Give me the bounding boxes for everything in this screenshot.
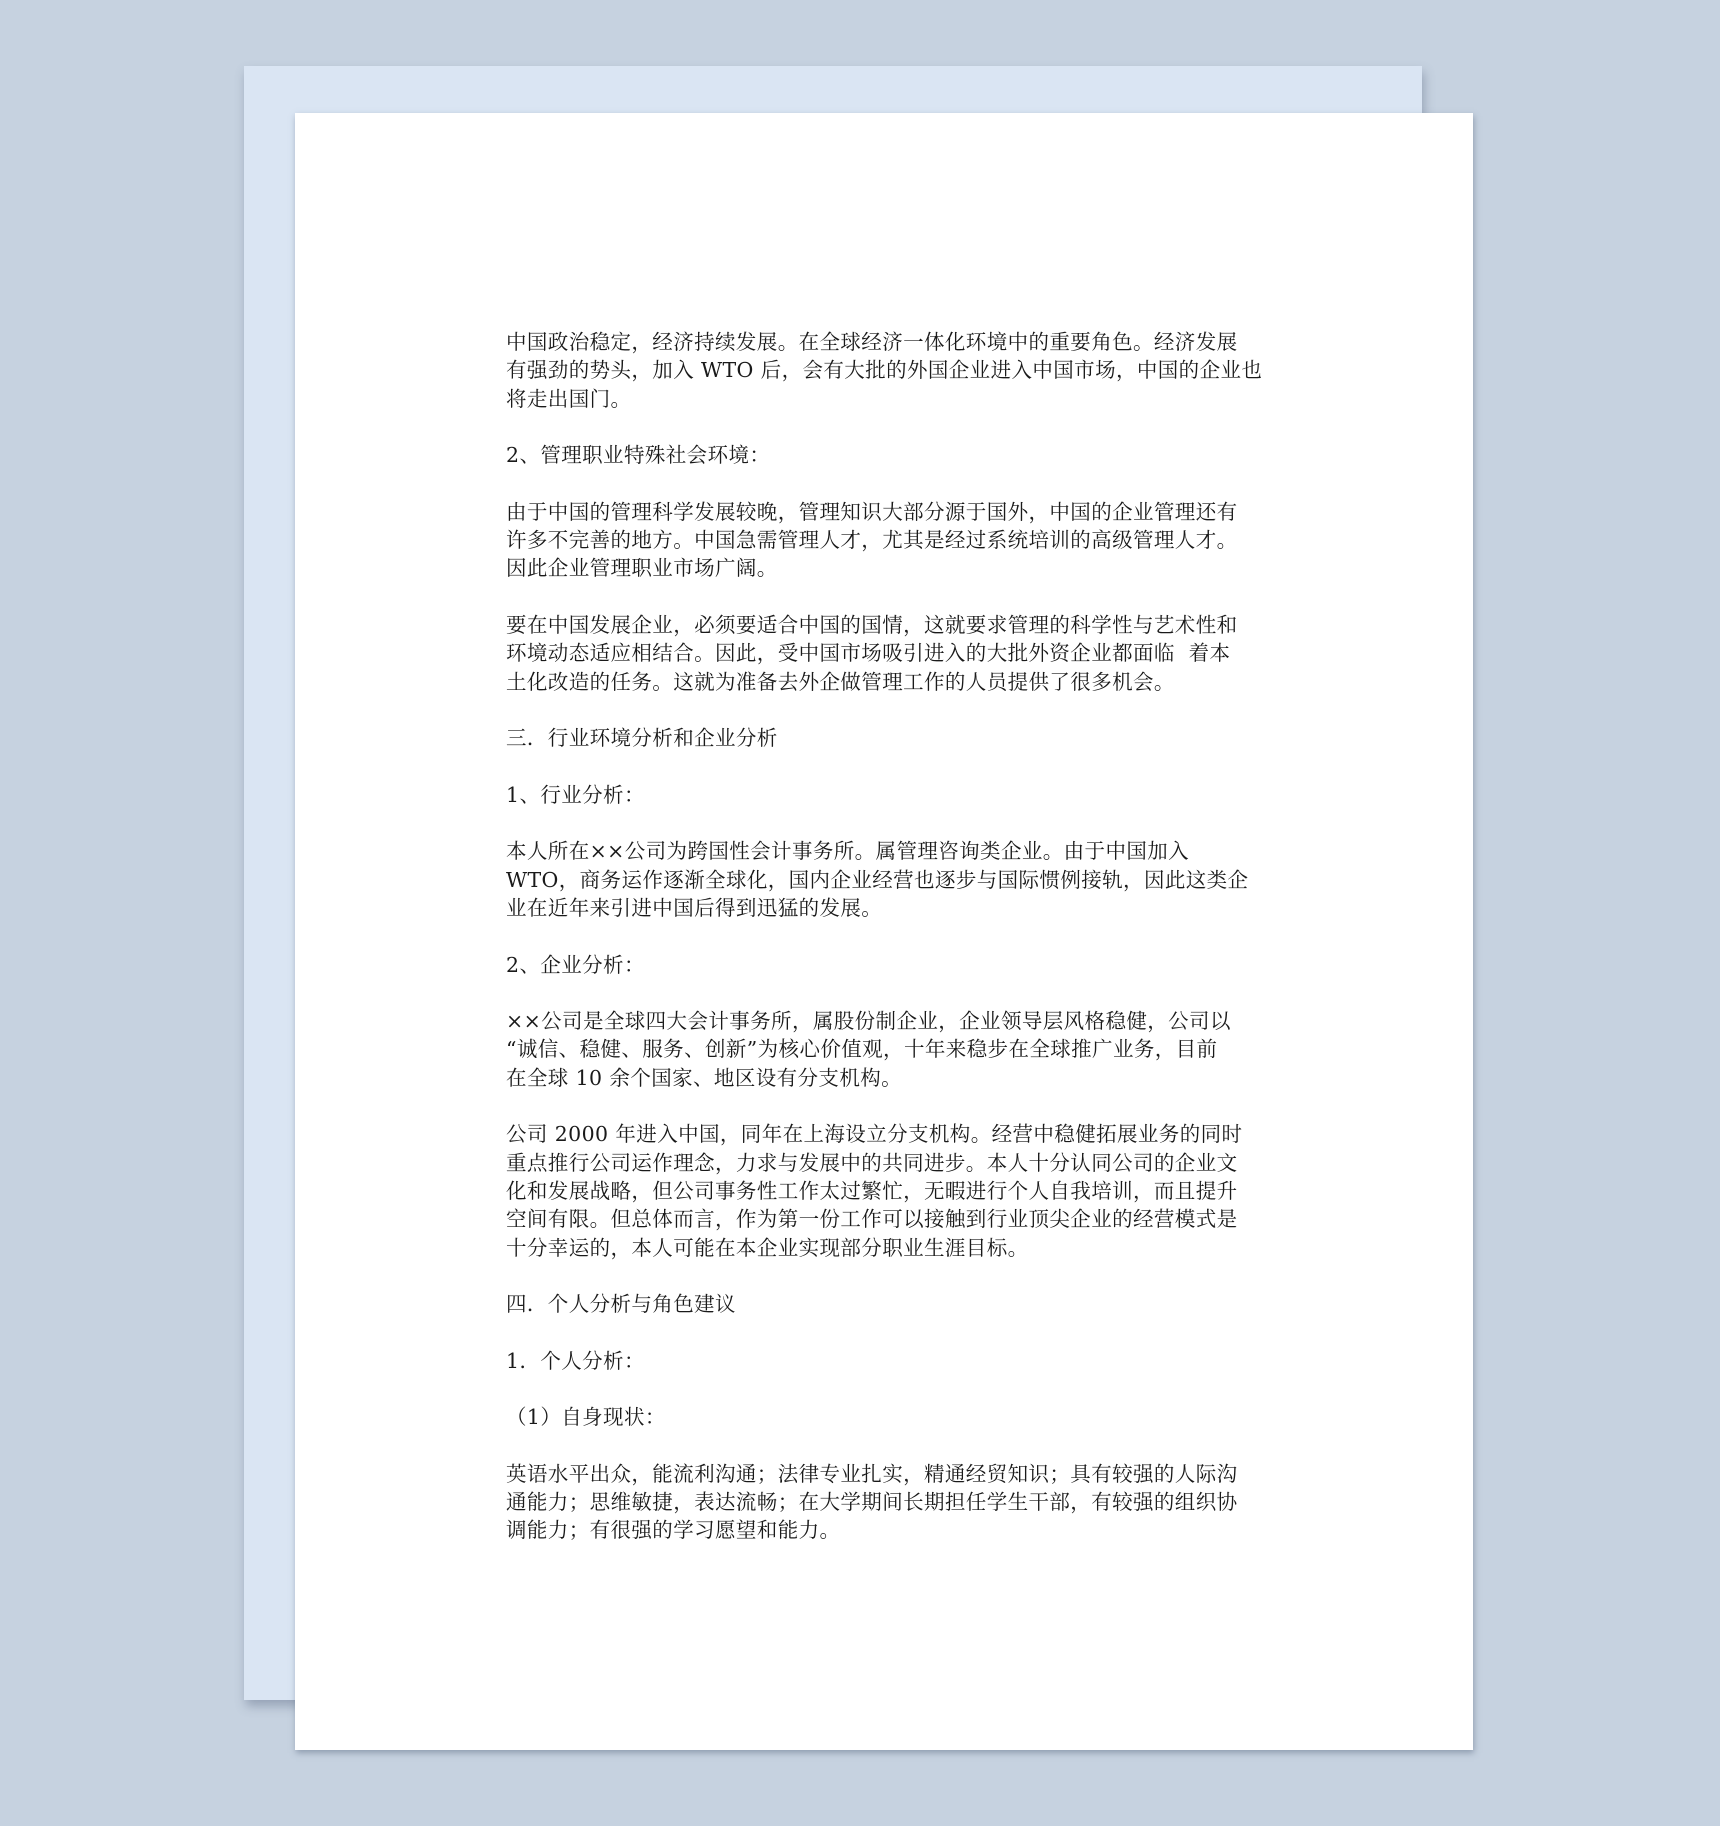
text-line: ××公司是全球四大会计事务所，属股份制企业，企业领导层风格稳健，公司以: [506, 1007, 1266, 1035]
paragraph-china-environment: 中国政治稳定，经济持续发展。在全球经济一体化环境中的重要角色。经济发展 有强劲的…: [506, 328, 1266, 413]
heading-industry-analysis: 三．行业环境分析和企业分析: [506, 724, 1266, 752]
subheading-text: 2、管理职业特殊社会环境：: [506, 441, 1266, 469]
document-page: 中国政治稳定，经济持续发展。在全球经济一体化环境中的重要角色。经济发展 有强劲的…: [295, 113, 1473, 1750]
document-body: 中国政治稳定，经济持续发展。在全球经济一体化环境中的重要角色。经济发展 有强劲的…: [506, 328, 1266, 1573]
text-line: 有强劲的势头，加入 WTO 后，会有大批的外国企业进入中国市场，中国的企业也: [506, 356, 1266, 384]
paragraph-localization: 要在中国发展企业，必须要适合中国的国情，这就要求管理的科学性与艺术性和 环境动态…: [506, 611, 1266, 696]
text-line: 许多不完善的地方。中国急需管理人才，尤其是经过系统培训的高级管理人才。: [506, 526, 1266, 554]
subheading-text: 1．个人分析：: [506, 1347, 1266, 1375]
subheading-text: 2、企业分析：: [506, 951, 1266, 979]
paragraph-management-science: 由于中国的管理科学发展较晚，管理知识大部分源于国外，中国的企业管理还有 许多不完…: [506, 498, 1266, 583]
text-line: 由于中国的管理科学发展较晚，管理知识大部分源于国外，中国的企业管理还有: [506, 498, 1266, 526]
text-line: 本人所在××公司为跨国性会计事务所。属管理咨询类企业。由于中国加入: [506, 837, 1266, 865]
subheading-enterprise: 2、企业分析：: [506, 951, 1266, 979]
text-line: 环境动态适应相结合。因此，受中国市场吸引进入的大批外资企业都面临 着本: [506, 639, 1266, 667]
text-line: 将走出国门。: [506, 385, 1266, 413]
text-line: 调能力；有很强的学习愿望和能力。: [506, 1516, 1266, 1544]
text-line: 业在近年来引进中国后得到迅猛的发展。: [506, 894, 1266, 922]
text-line: 公司 2000 年进入中国，同年在上海设立分支机构。经营中稳健拓展业务的同时: [506, 1120, 1266, 1148]
heading-text: 四．个人分析与角色建议: [506, 1290, 1266, 1318]
text-line: 通能力；思维敏捷，表达流畅；在大学期间长期担任学生干部，有较强的组织协: [506, 1488, 1266, 1516]
subheading-personal: 1．个人分析：: [506, 1347, 1266, 1375]
subheading-text: 1、行业分析：: [506, 781, 1266, 809]
subheading-text: （1）自身现状：: [506, 1403, 1266, 1431]
text-line: 要在中国发展企业，必须要适合中国的国情，这就要求管理的科学性与艺术性和: [506, 611, 1266, 639]
paragraph-self-assessment: 英语水平出众，能流利沟通；法律专业扎实，精通经贸知识；具有较强的人际沟 通能力；…: [506, 1460, 1266, 1545]
subheading-current-status: （1）自身现状：: [506, 1403, 1266, 1431]
text-line: 中国政治稳定，经济持续发展。在全球经济一体化环境中的重要角色。经济发展: [506, 328, 1266, 356]
heading-personal-analysis: 四．个人分析与角色建议: [506, 1290, 1266, 1318]
heading-text: 三．行业环境分析和企业分析: [506, 724, 1266, 752]
subheading-management-social-environment: 2、管理职业特殊社会环境：: [506, 441, 1266, 469]
text-line: “诚信、稳健、服务、创新”为核心价值观，十年来稳步在全球推广业务，目前: [506, 1035, 1266, 1063]
text-line: 英语水平出众，能流利沟通；法律专业扎实，精通经贸知识；具有较强的人际沟: [506, 1460, 1266, 1488]
text-line: 化和发展战略，但公司事务性工作太过繁忙，无暇进行个人自我培训，而且提升: [506, 1177, 1266, 1205]
paragraph-industry: 本人所在××公司为跨国性会计事务所。属管理咨询类企业。由于中国加入 WTO，商务…: [506, 837, 1266, 922]
text-line: WTO，商务运作逐渐全球化，国内企业经营也逐步与国际惯例接轨，因此这类企: [506, 866, 1266, 894]
paragraph-enterprise: ××公司是全球四大会计事务所，属股份制企业，企业领导层风格稳健，公司以 “诚信、…: [506, 1007, 1266, 1092]
text-line: 空间有限。但总体而言，作为第一份工作可以接触到行业顶尖企业的经营模式是: [506, 1205, 1266, 1233]
text-line: 在全球 10 余个国家、地区设有分支机构。: [506, 1064, 1266, 1092]
text-line: 因此企业管理职业市场广阔。: [506, 554, 1266, 582]
subheading-industry: 1、行业分析：: [506, 781, 1266, 809]
text-line: 重点推行公司运作理念，力求与发展中的共同进步。本人十分认同公司的企业文: [506, 1149, 1266, 1177]
text-line: 十分幸运的，本人可能在本企业实现部分职业生涯目标。: [506, 1234, 1266, 1262]
text-line: 土化改造的任务。这就为准备去外企做管理工作的人员提供了很多机会。: [506, 668, 1266, 696]
paragraph-company-history: 公司 2000 年进入中国，同年在上海设立分支机构。经营中稳健拓展业务的同时 重…: [506, 1120, 1266, 1261]
